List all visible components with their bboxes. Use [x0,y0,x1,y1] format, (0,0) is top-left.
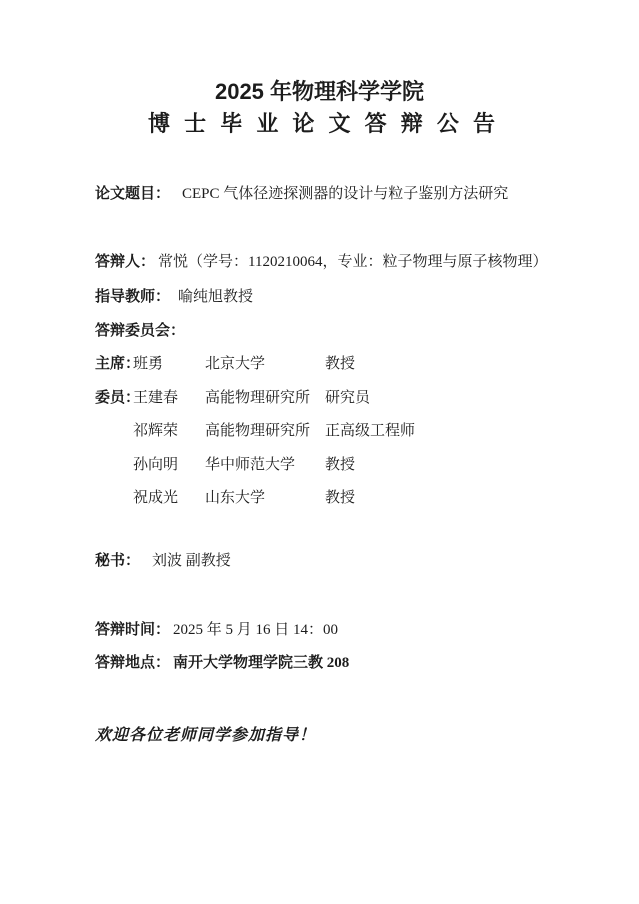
welcome-note: 欢迎各位老师同学参加指导！ [95,722,316,745]
thesis-title-label: 论文题目： [95,186,170,202]
advisor-line: 指导教师：喻纯旭教授 [95,289,253,306]
document-title-year-college: 2025 年物理科学学院 [0,80,639,104]
defense-place-label: 答辩地点： [95,655,170,671]
committee-role-label [95,490,133,506]
committee-member-institution: 华中师范大学 [205,457,325,473]
committee-row-member: 委员： 王建春 高能物理研究所 研究员 [95,390,415,406]
committee-role-label [95,423,133,439]
defense-time-value: 2025 年 5 月 16 日 14：00 [173,622,338,638]
committee-role-label [95,457,133,473]
committee-heading: 答辩委员会： [95,323,185,340]
committee-member-institution: 高能物理研究所 [205,423,325,439]
defense-time-line: 答辩时间：2025 年 5 月 16 日 14：00 [95,622,338,639]
committee-row-chair: 主席： 班勇 北京大学 教授 [95,356,415,372]
defense-place-value: 南开大学物理学院三教 208 [173,655,349,671]
committee-member-title: 教授 [325,457,415,473]
committee-member-title: 正高级工程师 [325,423,415,439]
secretary-label: 秘书： [95,553,140,569]
committee-table: 主席： 班勇 北京大学 教授 委员： 王建春 高能物理研究所 研究员 祁辉荣 高… [95,356,415,524]
committee-member-name: 孙向明 [133,457,205,473]
thesis-title-value: CEPC 气体径迹探测器的设计与粒子鉴别方法研究 [182,186,508,202]
committee-role-label: 委员： [95,390,133,406]
committee-member-name: 王建春 [133,390,205,406]
candidate-line: 答辩人：常悦（学号：1120210064，专业：粒子物理与原子核物理） [95,254,547,271]
defense-announcement-document: 2025 年物理科学学院 博 士 毕 业 论 文 答 辩 公 告 论文题目：CE… [0,0,639,904]
committee-row-member: 祁辉荣 高能物理研究所 正高级工程师 [95,423,415,439]
committee-role-label: 主席： [95,356,133,372]
candidate-label: 答辩人： [95,254,155,270]
advisor-value: 喻纯旭教授 [178,289,253,305]
committee-row-member: 祝成光 山东大学 教授 [95,490,415,506]
committee-member-institution: 高能物理研究所 [205,390,325,406]
committee-member-title: 教授 [325,356,415,372]
secretary-value: 刘波 副教授 [152,553,231,569]
candidate-value: 常悦（学号：1120210064，专业：粒子物理与原子核物理） [158,254,547,270]
committee-member-name: 祁辉荣 [133,423,205,439]
committee-member-name: 祝成光 [133,490,205,506]
advisor-label: 指导教师： [95,289,170,305]
committee-member-title: 研究员 [325,390,415,406]
committee-member-name: 班勇 [133,356,205,372]
committee-row-member: 孙向明 华中师范大学 教授 [95,457,415,473]
committee-member-institution: 山东大学 [205,490,325,506]
committee-member-institution: 北京大学 [205,356,325,372]
secretary-line: 秘书：刘波 副教授 [95,553,231,570]
defense-time-label: 答辩时间： [95,622,170,638]
document-title-announcement: 博 士 毕 业 论 文 答 辩 公 告 [0,112,639,136]
thesis-title-line: 论文题目：CEPC 气体径迹探测器的设计与粒子鉴别方法研究 [95,186,508,203]
defense-place-line: 答辩地点：南开大学物理学院三教 208 [95,655,349,672]
committee-member-title: 教授 [325,490,415,506]
